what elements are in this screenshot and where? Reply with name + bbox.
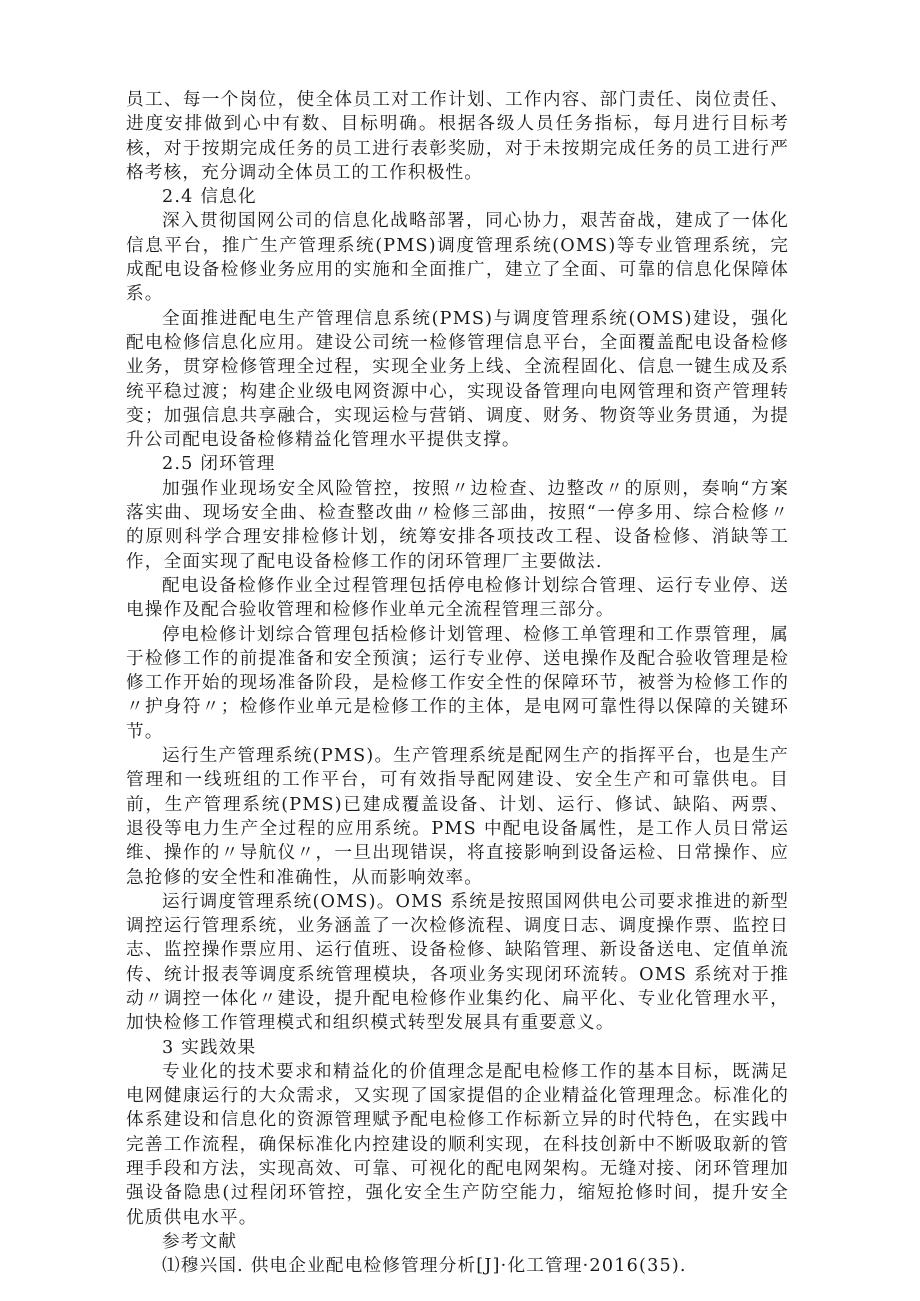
paragraph-risk-control: 加强作业现场安全风险管控，按照〃边检查、边整改〃的原则，奏响“方案落实曲、现场安…	[126, 477, 789, 574]
reference-item: ⑴穆兴国. 供电企业配电检修管理分析[J]·化工管理·2016(35).	[126, 1254, 789, 1278]
paragraph-oms-system: 运行调度管理系统(OMS)。OMS 系统是按照国网供电公司要求推进的新型调控运行…	[126, 890, 789, 1036]
paragraph-outage-plan-management: 停电检修计划综合管理包括检修计划管理、检修工单管理和工作票管理，属于检修工作的前…	[126, 623, 789, 744]
section-heading-2-4: 2.4 信息化	[126, 185, 789, 209]
paragraph-informatization-strategy: 深入贯彻国网公司的信息化战略部署，同心协力，艰苦奋战，建成了一体化信息平台，推广…	[126, 209, 789, 306]
section-heading-2-5: 2.5 闭环管理	[126, 452, 789, 476]
document-page: 员工、每一个岗位，使全体员工对工作计划、工作内容、部门责任、岗位责任、进度安排做…	[126, 88, 789, 1279]
references-heading: 参考文献	[126, 1230, 789, 1254]
section-heading-3: 3 实践效果	[126, 1036, 789, 1060]
paragraph-practical-effects: 专业化的技术要求和精益化的价值理念是配电检修工作的基本目标，既满足电网健康运行的…	[126, 1060, 789, 1230]
paragraph-goal-assessment: 员工、每一个岗位，使全体员工对工作计划、工作内容、部门责任、岗位责任、进度安排做…	[126, 88, 789, 185]
paragraph-pms-system: 运行生产管理系统(PMS)。生产管理系统是配网生产的指挥平台，也是生产管理和一线…	[126, 744, 789, 890]
paragraph-pms-oms-construction: 全面推进配电生产管理信息系统(PMS)与调度管理系统(OMS)建设，强化配电检修…	[126, 307, 789, 453]
paragraph-full-process-management: 配电设备检修作业全过程管理包括停电检修计划综合管理、运行专业停、送电操作及配合验…	[126, 574, 789, 623]
